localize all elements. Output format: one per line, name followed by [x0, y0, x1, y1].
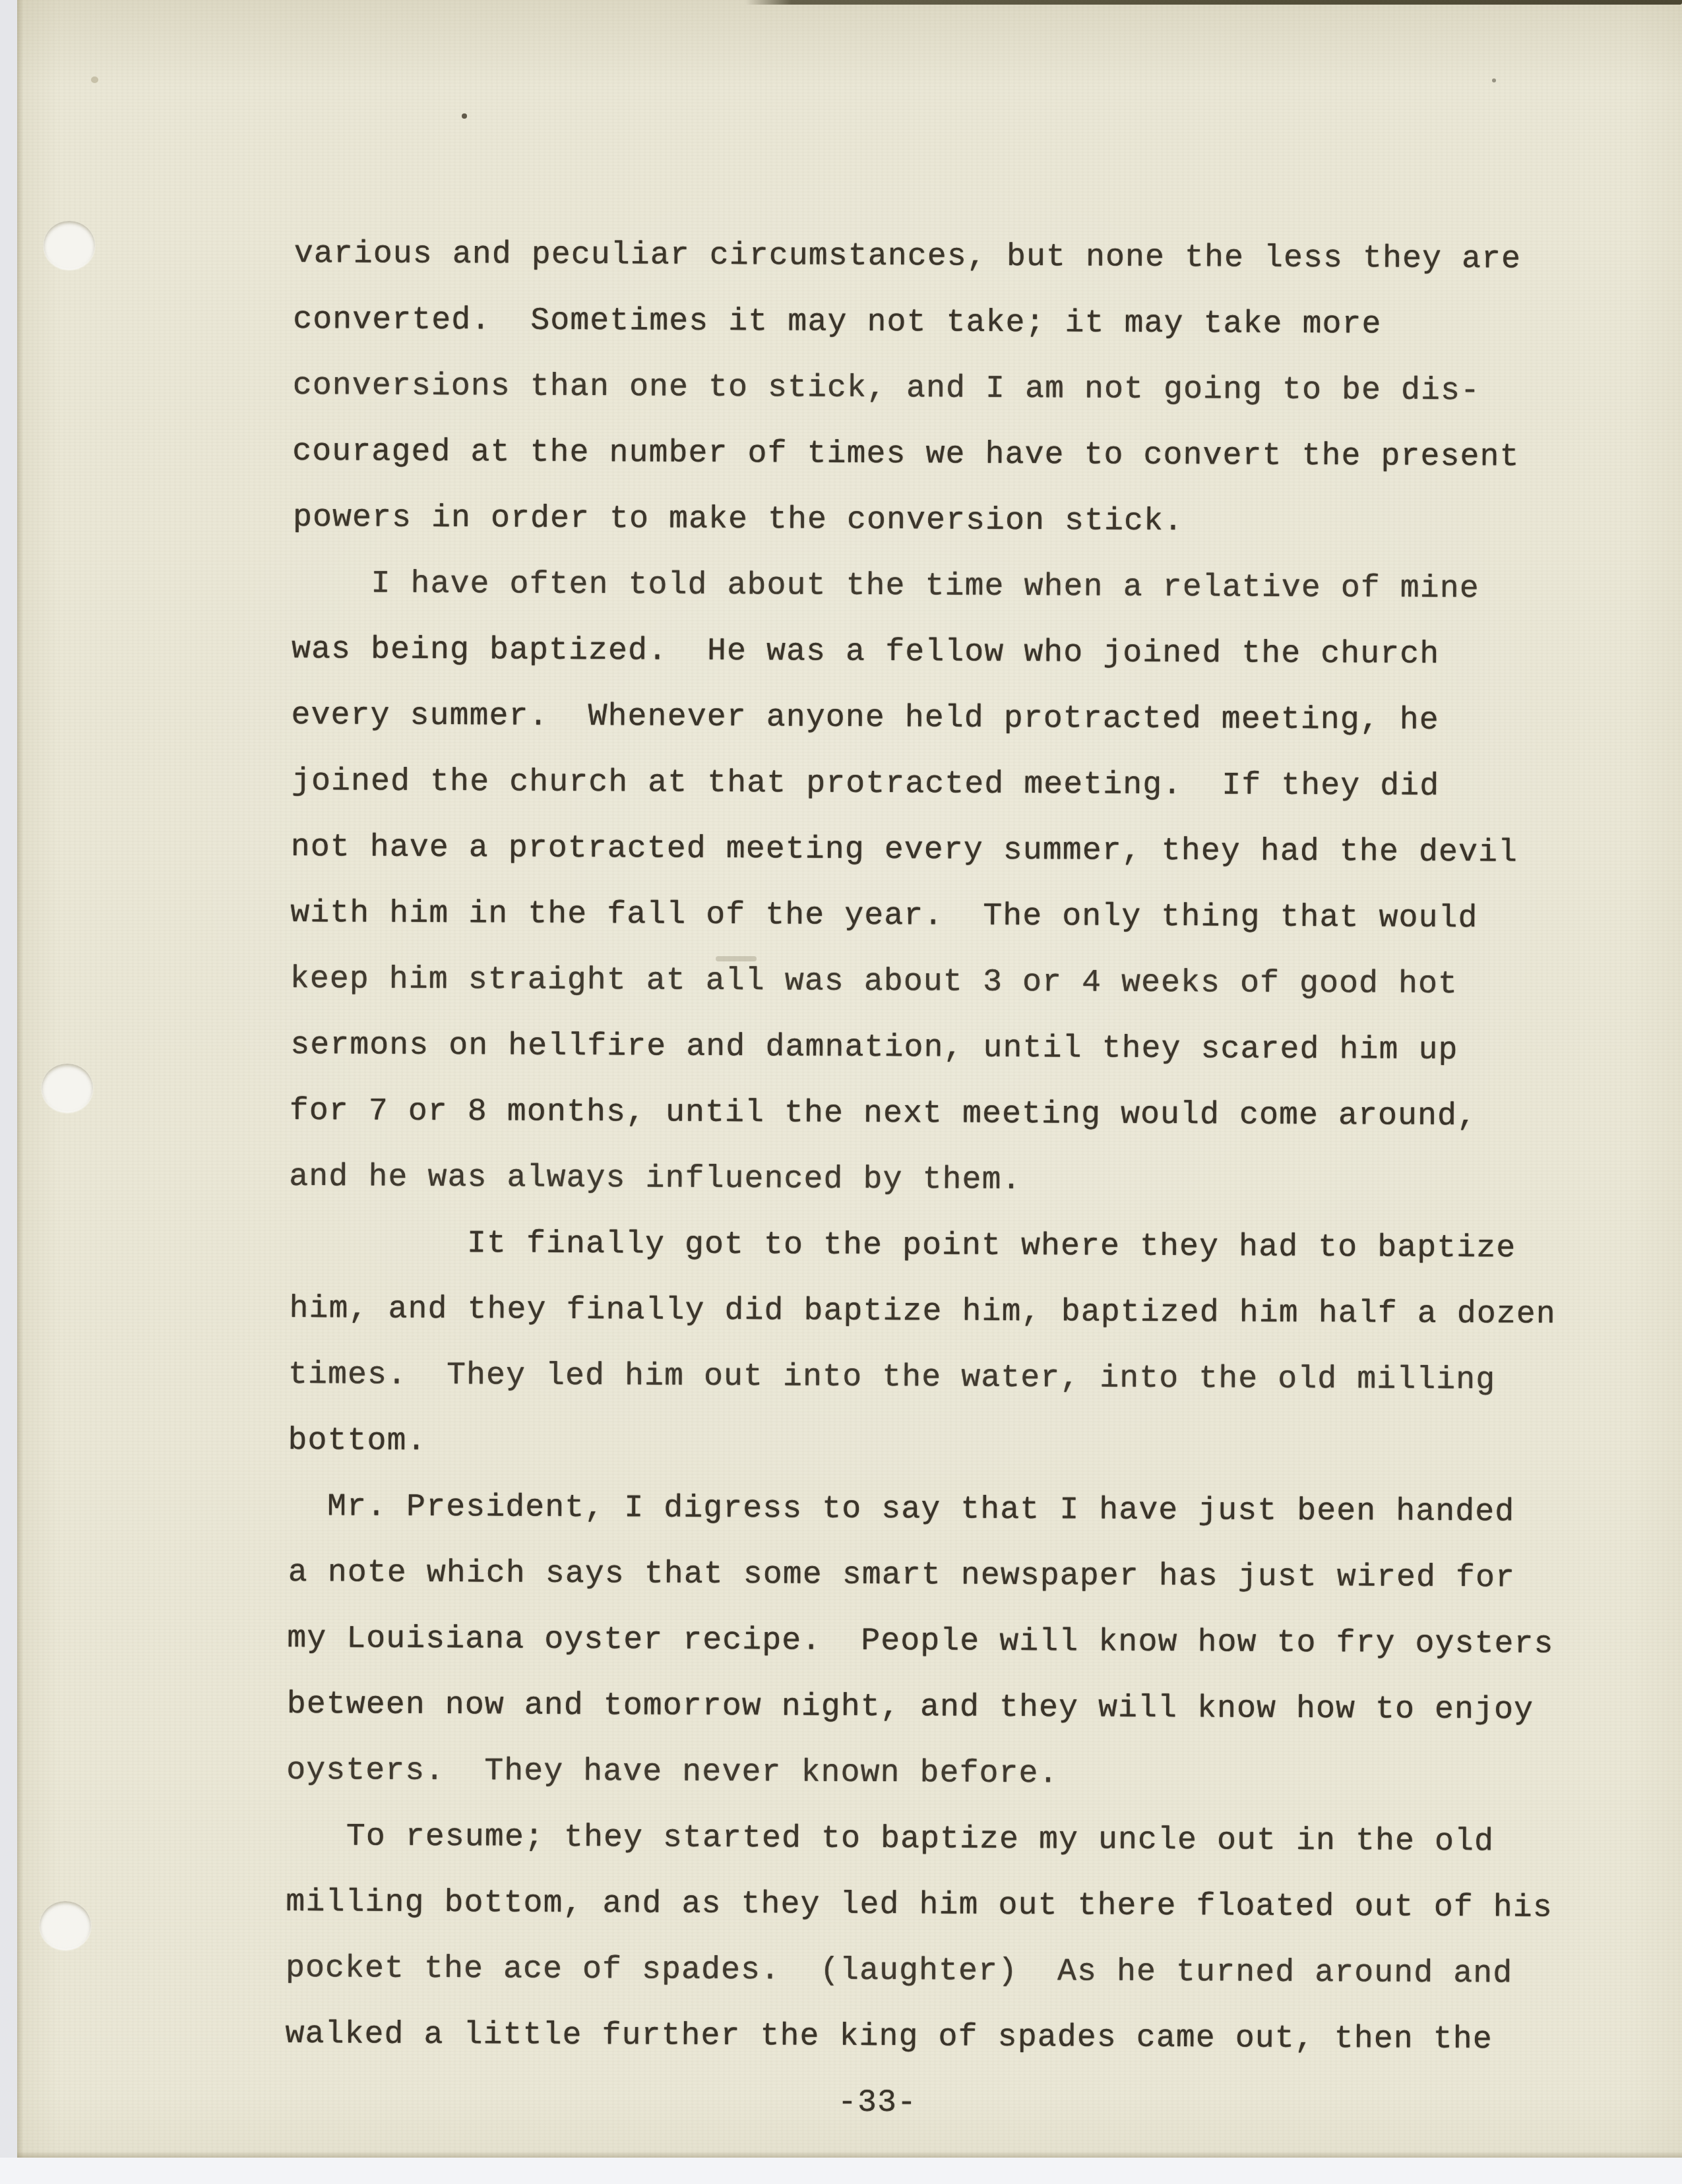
ink-speck	[1492, 78, 1496, 82]
typewritten-line: was being baptized. He was a fellow who …	[292, 617, 1598, 688]
typewritten-line: between now and tomorrow night, and they…	[287, 1672, 1593, 1744]
typewritten-line: walked a little further the king of spad…	[285, 2001, 1591, 2073]
typewritten-line: couraged at the number of times we have …	[292, 419, 1598, 491]
typewritten-line: with him in the fall of the year. The on…	[290, 880, 1596, 952]
scanner-top-edge-line	[745, 0, 1682, 5]
typewritten-line: To resume; they started to baptize my un…	[287, 1804, 1593, 1875]
paper-left-edge-shadow	[17, 0, 23, 2184]
typewritten-line: It finally got to the point where they h…	[289, 1210, 1595, 1282]
paper-bottom-edge-shadow	[0, 2151, 1682, 2158]
page-number: -33-	[838, 2070, 917, 2137]
typewritten-line: times. They led him out into the water, …	[288, 1342, 1594, 1414]
typewritten-line: oysters. They have never known before.	[286, 1738, 1592, 1809]
typewritten-line: conversions than one to stick, and I am …	[293, 353, 1599, 425]
typewritten-line: for 7 or 8 months, until the next meetin…	[290, 1078, 1596, 1150]
paper-dimple	[91, 76, 98, 83]
scanner-background-bottom	[0, 2158, 1682, 2184]
typewritten-line: sermons on hellfire and damnation, until…	[290, 1012, 1596, 1084]
typewritten-line: not have a protracted meeting every summ…	[290, 814, 1596, 886]
hole-punch	[42, 1064, 93, 1112]
typewritten-line: keep him straight at all was about 3 or …	[290, 946, 1596, 1018]
hole-punch	[40, 1901, 91, 1950]
typewritten-line: milling bottom, and as they led him out …	[286, 1869, 1592, 1941]
paper-sheet: various and peculiar circumstances, but …	[0, 0, 1682, 2184]
scanner-background-left	[0, 0, 17, 2184]
typewritten-line: converted. Sometimes it may not take; it…	[293, 287, 1599, 359]
typewritten-line: and he was always influenced by them.	[289, 1144, 1595, 1216]
typewritten-line: him, and they finally did baptize him, b…	[289, 1276, 1595, 1348]
typewritten-text-block: various and peculiar circumstances, but …	[285, 221, 1600, 2073]
hole-punch	[44, 221, 95, 270]
typewritten-line: a note which says that some smart newspa…	[288, 1540, 1594, 1612]
typewritten-line: my Louisiana oyster recipe. People will …	[287, 1606, 1593, 1678]
typewritten-line: powers in order to make the conversion s…	[293, 485, 1599, 557]
typewritten-line: various and peculiar circumstances, but …	[294, 221, 1600, 293]
ink-speck	[462, 113, 467, 119]
typewritten-line: every summer. Whenever anyone held protr…	[291, 682, 1597, 754]
typewritten-line: joined the church at that protracted mee…	[292, 748, 1598, 820]
typewritten-line: bottom.	[288, 1408, 1594, 1480]
typewritten-line: pocket the ace of spades. (laughter) As …	[286, 1935, 1592, 2007]
typewritten-line: Mr. President, I digress to say that I h…	[288, 1474, 1594, 1546]
typewritten-line: I have often told about the time when a …	[292, 551, 1598, 622]
